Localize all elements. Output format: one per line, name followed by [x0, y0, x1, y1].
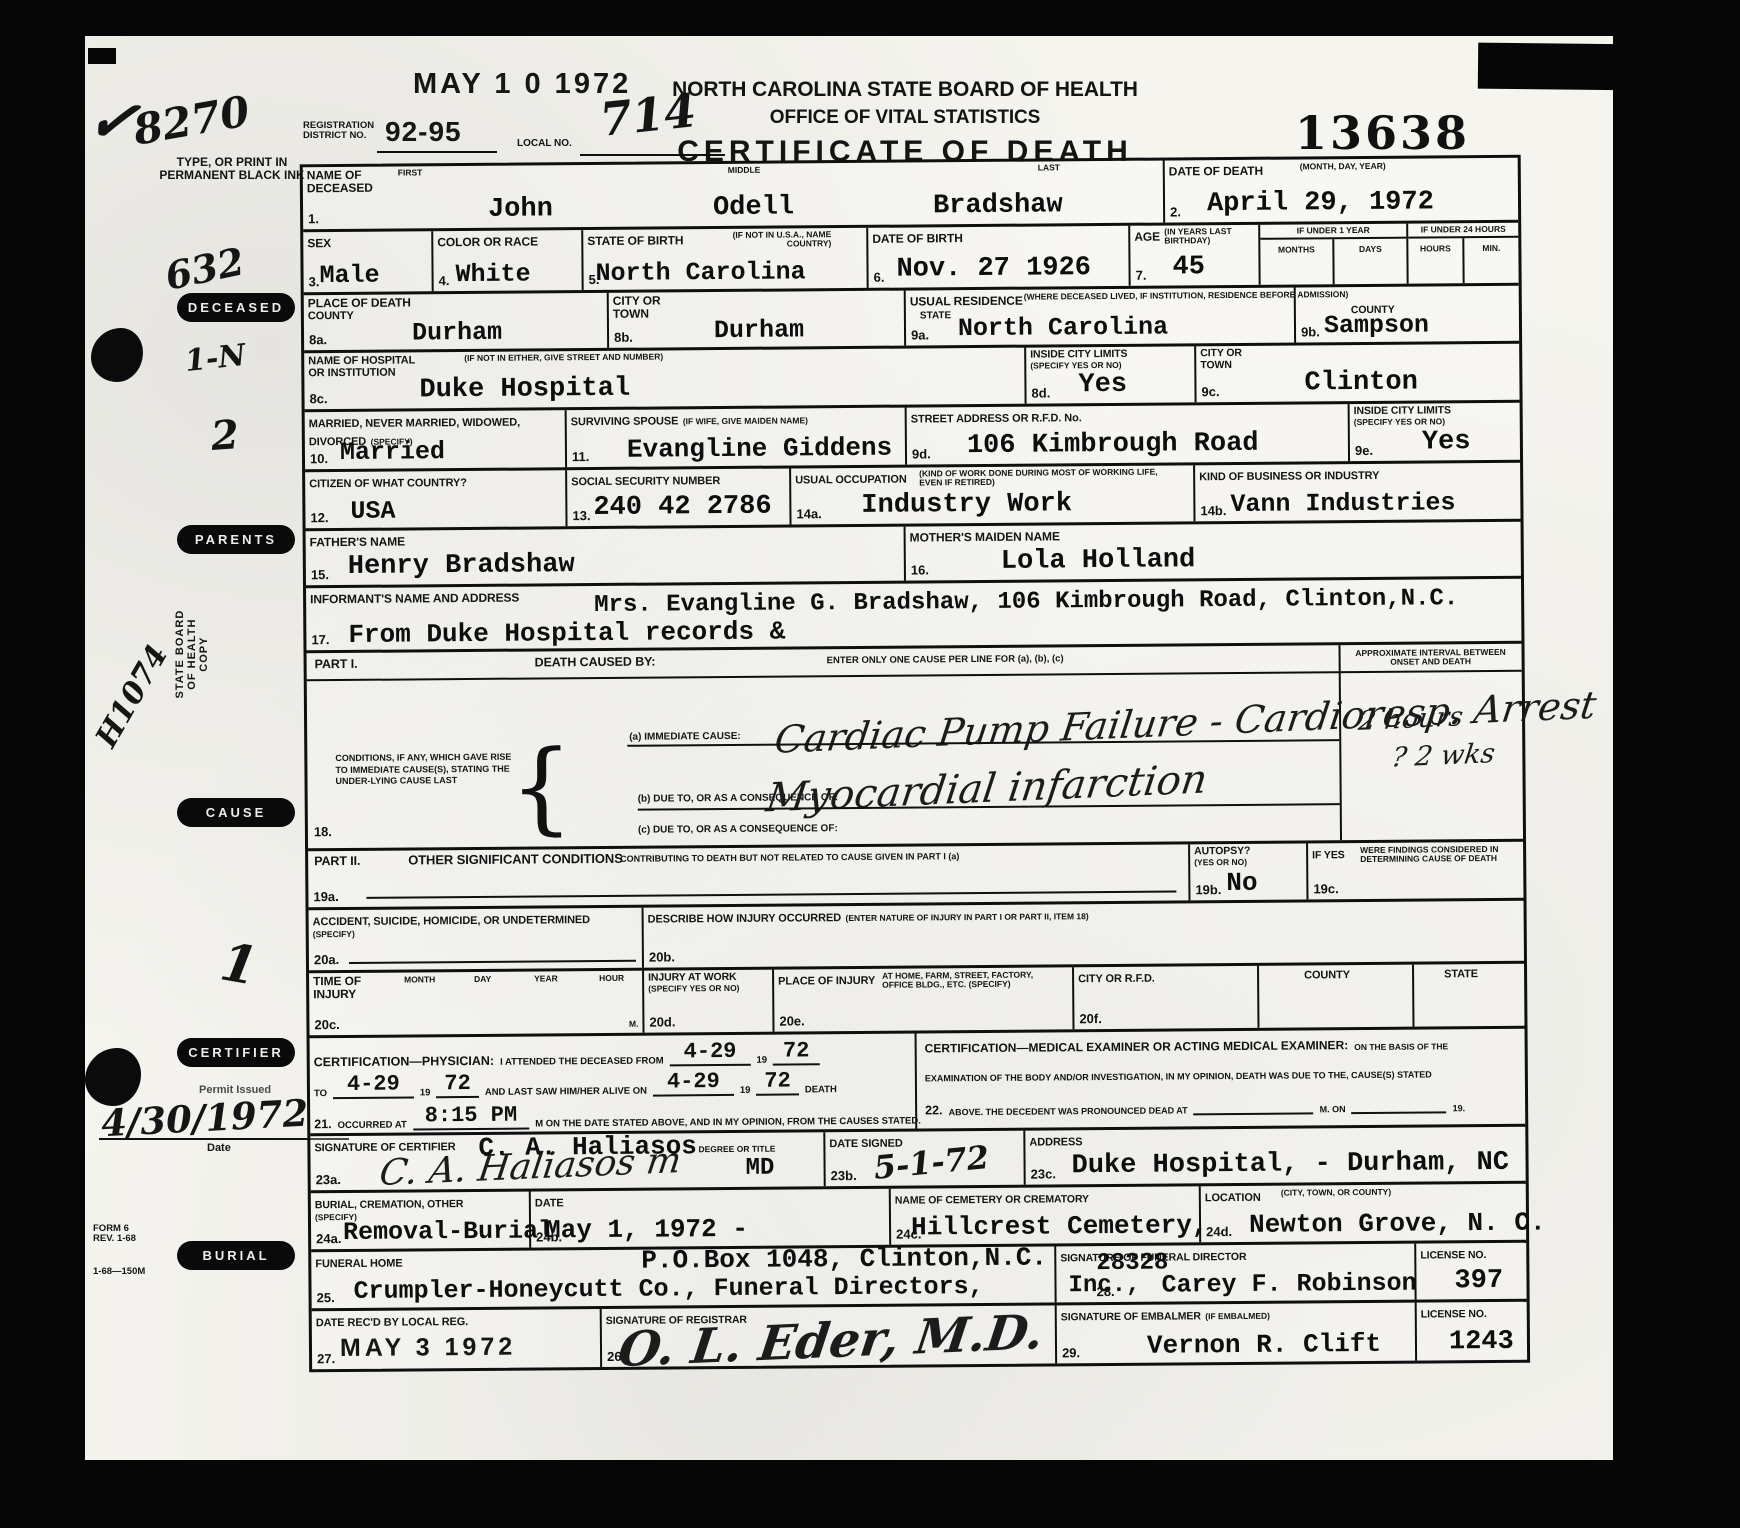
spouse-number: 11.	[572, 449, 589, 464]
autopsy-value: No	[1226, 870, 1257, 896]
margin-handwritten-h1074: H1074	[89, 639, 175, 753]
field-cemetery: NAME OF CEMETERY OR CREMATORY 24c. Hillc…	[891, 1186, 1201, 1244]
residence-icl-value: Yes	[1422, 429, 1471, 456]
under24-label: IF UNDER 24 HOURS	[1408, 223, 1518, 239]
last-saw-label: AND LAST SAW HIM/HER ALIVE ON	[485, 1086, 647, 1098]
how-injury-number: 20b.	[649, 949, 675, 964]
director-number: 28.	[1097, 1284, 1115, 1299]
row-sex-race-birth: SEX 3. Male COLOR OR RACE 4. White STATE…	[303, 220, 1518, 293]
burial-date-value: May 1, 1972 -	[545, 1216, 748, 1244]
death-time-value: 8:15 PM	[413, 1105, 530, 1131]
field-cause-of-death: PART I. DEATH CAUSED BY: ENTER ONLY ONE …	[307, 644, 1523, 849]
age-value: 45	[1172, 254, 1205, 281]
to-label: TO	[314, 1088, 327, 1099]
mother-number: 16.	[911, 562, 929, 577]
field-age: AGE (IN YEARS LAST BIRTHDAY) 7. 45	[1130, 225, 1260, 286]
father-value: Henry Bradshaw	[348, 552, 575, 581]
copy-designation: STATE BOARD OF HEALTH COPY	[174, 589, 210, 719]
pod-county-value: Durham	[412, 320, 502, 346]
dod-value: April 29, 1972	[1207, 189, 1434, 218]
field-surviving-spouse: SURVIVING SPOUSE (IF WIFE, GIVE MAIDEN N…	[567, 408, 907, 468]
field-embalmer-signature: SIGNATURE OF EMBALMER (IF EMBALMED) 29. …	[1057, 1303, 1417, 1364]
father-number: 15.	[311, 567, 329, 582]
tab-deceased: DECEASED	[177, 293, 295, 322]
occupation-value: Industry Work	[861, 491, 1072, 520]
me-line3c: 19.	[1453, 1103, 1466, 1113]
me-number: 22.	[925, 1103, 943, 1117]
findings-number: 19c.	[1313, 881, 1338, 896]
place-injury-number: 20e.	[779, 1013, 804, 1028]
conditions-label: CONDITIONS, IF ANY, WHICH GAVE RISE TO I…	[335, 752, 515, 788]
license2-value: 1243	[1449, 1329, 1514, 1357]
days-label: DAYS	[1359, 244, 1382, 254]
ink-blot-top	[91, 328, 143, 382]
alive-year: 72	[756, 1070, 799, 1095]
part2-sublabel: CONTRIBUTING TO DEATH BUT NOT RELATED TO…	[620, 852, 959, 865]
field-state-of-birth: STATE OF BIRTH (IF NOT IN U.S.A., NAME C…	[583, 228, 868, 290]
row-burial: BURIAL, CREMATION, OTHER (SPECIFY) 24a. …	[311, 1181, 1526, 1250]
margin-handwritten-632: 632	[161, 238, 248, 299]
location-label: LOCATION	[1205, 1192, 1261, 1204]
field-hospital: NAME OF HOSPITAL OR INSTITUTION (IF NOT …	[304, 348, 1026, 410]
degree-value: MD	[745, 1157, 774, 1181]
office-name: OFFICE OF VITAL STATISTICS	[615, 107, 1195, 128]
field-race: COLOR OR RACE 4. White	[433, 230, 583, 291]
citizen-label: CITIZEN OF WHAT COUNTRY?	[309, 477, 467, 490]
field-if-under-24-hours: IF UNDER 24 HOURS HOURS MIN.	[1408, 223, 1518, 284]
hour-label: HOUR	[599, 974, 624, 984]
residence-county-value: Sampson	[1324, 312, 1429, 338]
burial-date-label: DATE	[535, 1197, 564, 1209]
hospital-sublabel: (IF NOT IN EITHER, GIVE STREET AND NUMBE…	[464, 352, 663, 363]
pod-city-label: CITY OR TOWN	[613, 294, 673, 321]
street-value: 106 Kimbrough Road	[967, 431, 1259, 460]
occurred-rest: M ON THE DATE STATED ABOVE, AND IN MY OP…	[535, 1115, 921, 1129]
min-label: MIN.	[1482, 243, 1500, 253]
atwork-number: 20d.	[649, 1014, 675, 1029]
field-certification-physician: CERTIFICATION—PHYSICIAN: I ATTENDED THE …	[310, 1033, 918, 1133]
age-label: AGE	[1134, 230, 1160, 244]
first-col-label: FIRST	[398, 168, 423, 178]
me-line3a: ABOVE. THE DECEDENT WAS PRONOUNCED DEAD …	[949, 1105, 1188, 1117]
field-funeral-home: FUNERAL HOME P.O.Box 1048, Clinton,N.C. …	[311, 1246, 1056, 1308]
field-pod-inside-city-limits: INSIDE CITY LIMITS (SPECIFY YES OR NO) 8…	[1026, 346, 1196, 403]
field-residence-city: CITY OR TOWN 9c. Clinton	[1196, 344, 1519, 403]
form-number: FORM 6 REV. 1-68 1-68—150M	[93, 1224, 145, 1277]
field-findings: IF YES WERE FINDINGS CONSIDERED IN DETER…	[1308, 842, 1523, 900]
section-cause-part1: PART I. DEATH CAUSED BY: ENTER ONLY ONE …	[307, 641, 1524, 849]
certificate-paper: MAY 1 0 1972 NORTH CAROLINA STATE BOARD …	[85, 36, 1613, 1460]
field-certification-medical-examiner: CERTIFICATION—MEDICAL EXAMINER OR ACTING…	[917, 1029, 1526, 1129]
field-injury-county: COUNTY	[1259, 965, 1414, 1028]
residence-state-number: 9a.	[911, 327, 929, 342]
spouse-sublabel: (IF WIFE, GIVE MAIDEN NAME)	[683, 415, 808, 426]
residence-state-label: STATE	[920, 310, 951, 321]
cause-b-interval: ? 2 wks	[1390, 738, 1497, 773]
local-no-label: LOCAL NO.	[517, 138, 572, 149]
margin-handwritten-1n: 1-N	[183, 338, 247, 379]
certificate-number: 13638	[1295, 106, 1470, 160]
occurred-number: 21.	[314, 1117, 332, 1131]
row-place-of-death: PLACE OF DEATH COUNTY 8a. Durham CITY OR…	[304, 283, 1519, 351]
scanned-death-certificate: MAY 1 0 1972 NORTH CAROLINA STATE BOARD …	[0, 0, 1740, 1528]
part2-number: 19a.	[313, 889, 338, 904]
me-label: CERTIFICATION—MEDICAL EXAMINER OR ACTING…	[925, 1038, 1349, 1055]
license2-label: LICENSE NO.	[1421, 1308, 1487, 1321]
place-injury-label: PLACE OF INJURY	[778, 975, 875, 988]
license1-label: LICENSE NO.	[1420, 1249, 1486, 1262]
middle-name-value: Odell	[713, 194, 794, 222]
me-line3b: M. ON	[1320, 1104, 1346, 1114]
cause-line-a: (a) IMMEDIATE CAUSE: Cardiac Pump Failur…	[307, 672, 1523, 754]
sex-number: 3.	[309, 274, 320, 289]
accident-sublabel: (SPECIFY)	[313, 928, 642, 940]
marital-value: Married	[340, 439, 445, 465]
date-received-value: MAY 3 1972	[340, 1333, 516, 1363]
field-sex: SEX 3. Male	[303, 231, 433, 292]
funeral-home-line2: Crumpler-Honeycutt Co., Funeral Director…	[353, 1274, 983, 1304]
occurred-label: OCCURRED AT	[338, 1120, 407, 1132]
field-marital-status: MARRIED, NEVER MARRIED, WIDOWED, DIVORCE…	[305, 410, 567, 469]
cause-a-interval: 2 hours	[1357, 701, 1465, 736]
findings-sublabel: WERE FINDINGS CONSIDERED IN DETERMINING …	[1360, 845, 1518, 865]
permit-date-label: Date	[207, 1142, 231, 1154]
row-received: DATE REC'D BY LOCAL REG. 27. MAY 3 1972 …	[312, 1299, 1527, 1370]
residence-header: USUAL RESIDENCE	[910, 294, 1023, 309]
residence-county-number: 9b.	[1301, 324, 1320, 339]
field-citizen: CITIZEN OF WHAT COUNTRY? 12. USA	[305, 470, 567, 528]
under1-label: IF UNDER 1 YEAR	[1260, 224, 1406, 240]
scan-artifact-top-left	[88, 48, 116, 64]
burial-type-label: BURIAL, CREMATION, OTHER	[315, 1198, 464, 1211]
pod-icl-number: 8d.	[1031, 385, 1050, 400]
scan-artifact-top-right	[1478, 43, 1740, 92]
father-label: FATHER'S NAME	[310, 535, 405, 550]
embalmer-value: Vernon R. Clift	[1147, 1331, 1381, 1359]
middle-col-label: MIDDLE	[728, 166, 761, 176]
pod-county-number: 8a.	[309, 332, 327, 347]
informant-line1: Mrs. Evangline G. Bradshaw, 106 Kimbroug…	[594, 587, 1458, 618]
location-sublabel: (CITY, TOWN, OR COUNTY)	[1281, 1188, 1391, 1198]
last-col-label: LAST	[1038, 163, 1060, 173]
informant-line2: From Duke Hospital records &	[348, 619, 785, 648]
sex-value: Male	[319, 263, 379, 288]
row-injury-time: TIME OF INJURY MONTH DAY YEAR HOUR 20c. …	[309, 961, 1524, 1036]
field-father: FATHER'S NAME 15. Henry Bradshaw	[306, 527, 906, 586]
field-street-address: STREET ADDRESS OR R.F.D. No. 9d. 106 Kim…	[907, 404, 1350, 464]
field-if-under-1-year: IF UNDER 1 YEAR MONTHS DAYS	[1260, 224, 1408, 285]
year-prefix-3: 19	[740, 1085, 751, 1096]
m-suffix: M.	[629, 1019, 639, 1028]
address-value: Duke Hospital, - Durham, NC	[1071, 1150, 1509, 1180]
local-no-value: 714	[597, 83, 698, 147]
birth-state-value: North Carolina	[595, 259, 805, 286]
date-signed-number: 23b.	[831, 1168, 857, 1183]
hours-label: HOURS	[1420, 244, 1451, 254]
ink-instruction: TYPE, OR PRINT IN PERMANENT BLACK INK	[157, 156, 307, 182]
field-pod-city: CITY OR TOWN 8b. Durham	[609, 291, 906, 348]
me-basis: ON THE BASIS OF THE	[1354, 1041, 1448, 1052]
address-label: ADDRESS	[1029, 1136, 1082, 1148]
alive-value: 4-29	[653, 1071, 734, 1097]
board-name: NORTH CAROLINA STATE BOARD OF HEALTH	[615, 78, 1195, 102]
occupation-number: 14a.	[796, 506, 821, 521]
ssn-label: SOCIAL SECURITY NUMBER	[571, 475, 720, 488]
occupation-sublabel: (KIND OF WORK DONE DURING MOST OF WORKIN…	[919, 467, 1179, 488]
to-year: 72	[436, 1073, 479, 1098]
injury-time-label: TIME OF INJURY	[313, 975, 375, 1002]
pod-icl-value: Yes	[1078, 372, 1127, 399]
race-value: White	[455, 262, 530, 288]
hospital-label: NAME OF HOSPITAL OR INSTITUTION	[308, 354, 428, 380]
field-ssn: SOCIAL SECURITY NUMBER 13. 240 42 2786	[567, 468, 791, 526]
mother-label: MOTHER'S MAIDEN NAME	[910, 529, 1060, 544]
residence-icl-sublabel: (SPECIFY YES OR NO)	[1354, 416, 1520, 427]
field-date-signed: DATE SIGNED 23b. 5-1-72	[825, 1131, 1025, 1187]
field-mother: MOTHER'S MAIDEN NAME 16. Lola Holland	[906, 522, 1521, 581]
day-label: DAY	[474, 975, 491, 984]
director-value: Carey F. Robinson	[1161, 1271, 1416, 1298]
field-burial-type: BURIAL, CREMATION, OTHER (SPECIFY) 24a. …	[311, 1192, 531, 1250]
field-residence-state: USUAL RESIDENCE (WHERE DECEASED LIVED, I…	[906, 287, 1296, 345]
business-value: Vann Industries	[1230, 490, 1455, 517]
citizen-value: USA	[350, 499, 395, 524]
birth-state-label: STATE OF BIRTH	[587, 233, 683, 248]
funeral-home-label: FUNERAL HOME	[315, 1258, 402, 1271]
street-number: 9d.	[912, 446, 931, 461]
field-informant: INFORMANT'S NAME AND ADDRESS Mrs. Evangl…	[306, 579, 1521, 651]
field-autopsy: AUTOPSY? (YES OR NO) 19b. No	[1190, 843, 1308, 900]
certifier-typed-name: C. A. Haliasos	[478, 1133, 697, 1161]
accident-number: 20a.	[314, 952, 339, 967]
row-signature: SIGNATURE OF CERTIFIER C. A. Haliasos DE…	[310, 1124, 1525, 1191]
year-label: YEAR	[534, 974, 558, 984]
cert-phys-label: CERTIFICATION—PHYSICIAN:	[314, 1054, 494, 1069]
margin-handwritten-1: 1	[216, 931, 262, 997]
citizen-number: 12.	[310, 510, 328, 525]
year-prefix-2: 19	[420, 1087, 431, 1098]
registration-district-value: 92-95	[385, 116, 462, 148]
location-number: 24d.	[1206, 1224, 1232, 1239]
field-injury-at-work: INJURY AT WORK (SPECIFY YES OR NO) 20d.	[644, 970, 774, 1033]
spouse-value: Evangline Giddens	[627, 435, 892, 463]
dob-value: Nov. 27 1926	[896, 255, 1091, 284]
margin-handwritten-8270: 8270	[130, 86, 254, 155]
field-director-license: LICENSE NO. 397	[1416, 1243, 1526, 1300]
atwork-sublabel: (SPECIFY YES OR NO)	[648, 983, 772, 993]
field-other-conditions: PART II. OTHER SIGNIFICANT CONDITIONS CO…	[308, 844, 1190, 907]
autopsy-sublabel: (YES OR NO)	[1194, 857, 1306, 867]
certifier-sig-number: 23a.	[316, 1172, 341, 1187]
age-number: 7.	[1136, 268, 1147, 283]
how-injury-sublabel: (ENTER NATURE OF INJURY IN PART I OR PAR…	[845, 911, 1088, 923]
ssn-value: 240 42 2786	[593, 494, 771, 522]
part2-label: PART II.	[314, 854, 360, 868]
pod-city-value: Durham	[714, 317, 804, 343]
cemetery-label: NAME OF CEMETERY OR CREMATORY	[895, 1193, 1089, 1207]
attended-from-value: 4-29	[670, 1041, 751, 1067]
informant-number: 17.	[311, 632, 329, 647]
address-number: 23c.	[1031, 1166, 1056, 1181]
street-label: STREET ADDRESS OR R.F.D. No.	[911, 412, 1082, 425]
accident-label: ACCIDENT, SUICIDE, HOMICIDE, OR UNDETERM…	[313, 914, 590, 928]
hospital-number: 8c.	[309, 391, 327, 406]
cause-b-value: Myocardial infarction	[763, 757, 1210, 822]
ssn-number: 13.	[572, 508, 590, 523]
business-label: KIND OF BUSINESS OR INDUSTRY	[1199, 470, 1379, 483]
registration-district-label: REGISTRATION DISTRICT NO.	[303, 121, 374, 142]
injury-time-number: 20c.	[314, 1017, 339, 1032]
row-name: NAME OF DECEASED FIRST MIDDLE LAST 1. Jo…	[303, 158, 1518, 230]
row-marital: MARRIED, NEVER MARRIED, WIDOWED, DIVORCE…	[305, 400, 1520, 470]
field-injury-state: STATE	[1414, 964, 1524, 1027]
me-line2: EXAMINATION OF THE BODY AND/OR INVESTIGA…	[925, 1069, 1432, 1083]
dob-number: 6.	[874, 270, 885, 285]
cause-c-label: (c) DUE TO, OR AS A CONSEQUENCE OF:	[638, 823, 838, 836]
field-date-received: DATE REC'D BY LOCAL REG. 27. MAY 3 1972	[312, 1309, 602, 1369]
race-label: COLOR OR RACE	[437, 234, 538, 249]
field-pod-county: PLACE OF DEATH COUNTY 8a. Durham	[304, 293, 609, 350]
spouse-label: SURVIVING SPOUSE	[571, 415, 679, 428]
row-certification: CERTIFICATION—PHYSICIAN: I ATTENDED THE …	[310, 1026, 1526, 1134]
field-date-of-birth: DATE OF BIRTH 6. Nov. 27 1926	[868, 226, 1130, 288]
certificate-form: NAME OF DECEASED FIRST MIDDLE LAST 1. Jo…	[300, 155, 1530, 1373]
tab-burial: BURIAL	[177, 1241, 295, 1270]
part1-label: PART I.	[315, 657, 358, 671]
place-injury-sublabel: AT HOME, FARM, STREET, FACTORY, OFFICE B…	[882, 970, 1062, 990]
field-place-of-injury: PLACE OF INJURY AT HOME, FARM, STREET, F…	[774, 967, 1074, 1031]
informant-label: INFORMANT'S NAME AND ADDRESS	[310, 591, 519, 607]
row-accident: ACCIDENT, SUICIDE, HOMICIDE, OR UNDETERM…	[309, 898, 1524, 971]
cause-c-number: 18.	[314, 825, 332, 840]
residence-city-label: CITY OR TOWN	[1200, 348, 1260, 372]
field-funeral-director-signature: SIGNATURE OF FUNERAL DIRECTOR 28328 Inc.…	[1056, 1244, 1416, 1303]
row-informant: INFORMANT'S NAME AND ADDRESS Mrs. Evangl…	[306, 576, 1521, 651]
business-number: 14b.	[1200, 503, 1226, 518]
cause-a-label: (a) IMMEDIATE CAUSE:	[629, 731, 741, 743]
sex-label: SEX	[307, 236, 331, 250]
death-word: DEATH	[805, 1084, 837, 1095]
to-value: 4-29	[333, 1073, 414, 1099]
name-number: 1.	[308, 211, 319, 226]
field-injury-city: CITY OR R.F.D. 20f.	[1074, 966, 1259, 1029]
field-embalmer-license: LICENSE NO. 1243	[1417, 1302, 1527, 1361]
one-cause-note: ENTER ONLY ONE CAUSE PER LINE FOR (a), (…	[827, 654, 1064, 666]
injury-county-label: COUNTY	[1304, 969, 1350, 982]
dod-sublabel: (MONTH, DAY, YEAR)	[1300, 162, 1386, 172]
cemetery-value: Hillcrest Cemetery,	[911, 1212, 1208, 1240]
funeral-home-line1: P.O.Box 1048, Clinton,N.C.	[641, 1244, 1047, 1273]
date-received-label: DATE REC'D BY LOCAL REG.	[316, 1316, 468, 1329]
field-name-of-deceased: NAME OF DECEASED FIRST MIDDLE LAST 1. Jo…	[303, 161, 1165, 230]
field-how-injury: DESCRIBE HOW INJURY OCCURRED (ENTER NATU…	[644, 901, 1524, 968]
occupation-label: USUAL OCCUPATION	[795, 474, 907, 487]
embalmer-label: SIGNATURE OF EMBALMER	[1061, 1310, 1201, 1323]
field-burial-date: DATE 24b. May 1, 1972 -	[531, 1189, 891, 1248]
hospital-value: Duke Hospital	[419, 376, 630, 405]
residence-city-value: Clinton	[1304, 370, 1418, 398]
first-name-value: John	[488, 196, 553, 224]
dod-label: DATE OF DEATH	[1169, 164, 1263, 179]
tab-certifier: CERTIFIER	[177, 1038, 295, 1067]
row-hospital: NAME OF HOSPITAL OR INSTITUTION (IF NOT …	[304, 341, 1519, 410]
name-label: NAME OF DECEASED	[307, 169, 397, 197]
residence-icl-number: 9e.	[1355, 443, 1373, 458]
interval-label: APPROXIMATE INTERVAL BETWEEN ONSET AND D…	[1347, 648, 1515, 668]
field-time-of-injury: TIME OF INJURY MONTH DAY YEAR HOUR 20c. …	[309, 971, 644, 1036]
field-residence-county: COUNTY 9b. Sampson	[1296, 286, 1519, 343]
pod-city-number: 8b.	[614, 330, 633, 345]
injury-city-label: CITY OR R.F.D.	[1078, 973, 1155, 986]
field-registrar-signature: SIGNATURE OF REGISTRAR 26. O. L. Eder, M…	[602, 1305, 1057, 1367]
attended-label: I ATTENDED THE DECEASED FROM	[500, 1055, 664, 1067]
autopsy-label: AUTOPSY?	[1194, 845, 1306, 858]
field-business: KIND OF BUSINESS OR INDUSTRY 14b. Vann I…	[1195, 463, 1520, 522]
field-cemetery-location: LOCATION (CITY, TOWN, OR COUNTY) 24d. Ne…	[1201, 1184, 1526, 1243]
embalmer-number: 29.	[1062, 1345, 1080, 1360]
license1-value: 397	[1454, 1268, 1503, 1295]
row-funeral-home: FUNERAL HOME P.O.Box 1048, Clinton,N.C. …	[311, 1240, 1526, 1309]
field-occupation: USUAL OCCUPATION (KIND OF WORK DONE DURI…	[791, 465, 1195, 524]
field-certifier-address: ADDRESS 23c. Duke Hospital, - Durham, NC	[1025, 1127, 1525, 1185]
field-date-of-death: DATE OF DEATH (MONTH, DAY, YEAR) 2. Apri…	[1165, 158, 1518, 223]
burial-type-value: Removal-Burial	[343, 1218, 553, 1245]
age-sublabel: (IN YEARS LAST BIRTHDAY)	[1164, 227, 1254, 246]
row-parents: FATHER'S NAME 15. Henry Bradshaw MOTHER'…	[306, 519, 1521, 586]
dod-number: 2.	[1170, 204, 1181, 219]
autopsy-number: 19b.	[1195, 882, 1221, 897]
embalmer-sublabel: (IF EMBALMED)	[1205, 1311, 1270, 1322]
attended-from-year: 72	[773, 1040, 820, 1065]
how-injury-label: DESCRIBE HOW INJURY OCCURRED	[648, 912, 841, 926]
row-citizen-ssn: CITIZEN OF WHAT COUNTRY? 12. USA SOCIAL …	[305, 460, 1520, 529]
field-signature-certifier: SIGNATURE OF CERTIFIER C. A. Haliasos DE…	[310, 1132, 825, 1190]
section-cause-part2: PART II. OTHER SIGNIFICANT CONDITIONS CO…	[308, 839, 1523, 908]
injury-city-number: 20f.	[1079, 1011, 1102, 1026]
tab-cause: CAUSE	[177, 798, 295, 827]
residence-state-value: North Carolina	[958, 315, 1168, 342]
date-received-number: 27.	[317, 1351, 335, 1366]
caused-by-label: DEATH CAUSED BY:	[535, 655, 656, 670]
marital-number: 10.	[310, 451, 328, 466]
location-value: Newton Grove, N. C.	[1249, 1210, 1546, 1238]
dob-label: DATE OF BIRTH	[872, 231, 963, 246]
findings-label: IF YES	[1312, 849, 1345, 861]
months-label: MONTHS	[1278, 245, 1315, 255]
injury-state-label: STATE	[1444, 968, 1478, 981]
field-residence-inside-city-limits: INSIDE CITY LIMITS (SPECIFY YES OR NO) 9…	[1350, 403, 1520, 461]
funeral-home-number: 25.	[317, 1290, 335, 1305]
part2-title: OTHER SIGNIFICANT CONDITIONS	[408, 852, 623, 868]
last-name-value: Bradshaw	[933, 192, 1063, 220]
margin-handwritten-2: 2	[209, 411, 240, 460]
tab-parents: PARENTS	[177, 525, 295, 554]
residence-city-number: 9c.	[1201, 384, 1219, 399]
cause-line-b: CONDITIONS, IF ANY, WHICH GAVE RISE TO I…	[307, 744, 1522, 822]
burial-type-number: 24a.	[316, 1231, 341, 1246]
degree-label: DEGREE OR TITLE	[698, 1145, 775, 1155]
race-number: 4.	[439, 273, 450, 288]
birth-state-sublabel: (IF NOT IN U.S.A., NAME COUNTRY)	[701, 230, 831, 250]
month-label: MONTH	[404, 975, 435, 985]
mother-value: Lola Holland	[1001, 547, 1196, 576]
field-accident: ACCIDENT, SUICIDE, HOMICIDE, OR UNDETERM…	[309, 908, 644, 971]
ink-blot-bottom	[85, 1048, 141, 1106]
year-prefix-1: 19	[756, 1055, 767, 1066]
